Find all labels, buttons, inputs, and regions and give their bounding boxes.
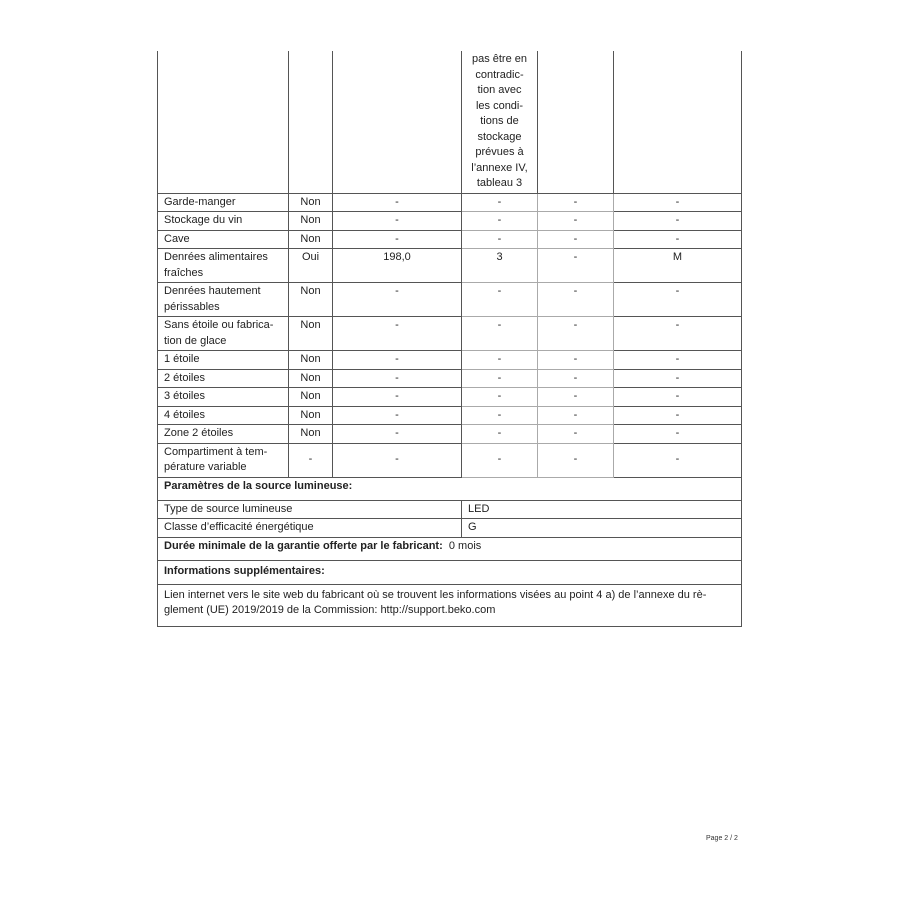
light-source-label: Classe d’efficacité énergétique	[158, 519, 462, 538]
compartment-row: Denrées hautement périssablesNon----	[158, 283, 742, 317]
compartment-temperature: -	[462, 193, 538, 212]
compartment-row: Zone 2 étoilesNon----	[158, 425, 742, 444]
compartment-class: -	[614, 443, 742, 477]
compartment-volume: -	[333, 317, 462, 351]
compartment-present: Oui	[289, 249, 333, 283]
compartment-row: Compartiment à tem-pérature variable----…	[158, 443, 742, 477]
light-source-label: Type de source lumineuse	[158, 500, 462, 519]
compartment-volume: -	[333, 193, 462, 212]
compartment-row: 3 étoilesNon----	[158, 388, 742, 407]
compartment-class: -	[614, 212, 742, 231]
light-source-section-row: Paramètres de la source lumineuse:	[158, 477, 742, 500]
compartment-volume: -	[333, 425, 462, 444]
compartment-type: Stockage du vin	[158, 212, 289, 231]
compartment-temperature: 3	[462, 249, 538, 283]
compartment-row: CaveNon----	[158, 230, 742, 249]
compartment-present: Non	[289, 369, 333, 388]
compartment-present: Non	[289, 351, 333, 370]
compartment-type: Sans étoile ou fabrica-tion de glace	[158, 317, 289, 351]
compartment-present: Non	[289, 193, 333, 212]
continuation-line: tions de	[468, 114, 531, 130]
compartment-row: Denrées alimentaires fraîchesOui198,03-M	[158, 249, 742, 283]
compartment-type: Denrées hautement périssables	[158, 283, 289, 317]
compartment-defrost: -	[538, 369, 614, 388]
compartment-row: Sans étoile ou fabrica-tion de glaceNon-…	[158, 317, 742, 351]
light-source-value: LED	[462, 500, 742, 519]
compartment-defrost: -	[538, 425, 614, 444]
compartment-temperature: -	[462, 425, 538, 444]
light-source-row: Classe d’efficacité énergétiqueG	[158, 519, 742, 538]
warranty-cell: Durée minimale de la garantie offerte pa…	[158, 537, 742, 560]
compartment-volume: 198,0	[333, 249, 462, 283]
document-page: pas être encontradic-tion avecles condi-…	[0, 0, 900, 900]
compartment-type: Denrées alimentaires fraîches	[158, 249, 289, 283]
compartment-defrost: -	[538, 317, 614, 351]
compartment-temperature: -	[462, 406, 538, 425]
compartment-class: -	[614, 317, 742, 351]
compartment-present: Non	[289, 388, 333, 407]
compartment-volume: -	[333, 351, 462, 370]
compartment-type: Cave	[158, 230, 289, 249]
compartment-class: -	[614, 388, 742, 407]
compartment-class: -	[614, 283, 742, 317]
compartment-type: 3 étoiles	[158, 388, 289, 407]
warranty-label: Durée minimale de la garantie offerte pa…	[164, 540, 443, 552]
compartment-class: -	[614, 369, 742, 388]
compartment-temperature: -	[462, 443, 538, 477]
compartment-present: Non	[289, 212, 333, 231]
compartment-present: Non	[289, 230, 333, 249]
warranty-value: 0 mois	[449, 540, 481, 552]
compartment-row: Garde-mangerNon----	[158, 193, 742, 212]
compartment-row: 4 étoilesNon----	[158, 406, 742, 425]
compartment-volume: -	[333, 443, 462, 477]
compartment-present: Non	[289, 406, 333, 425]
compartment-volume: -	[333, 230, 462, 249]
compartment-row: 1 étoileNon----	[158, 351, 742, 370]
compartment-defrost: -	[538, 388, 614, 407]
compartment-row: Stockage du vinNon----	[158, 212, 742, 231]
compartment-type: Garde-manger	[158, 193, 289, 212]
continuation-line: l’annexe IV,	[468, 161, 531, 177]
compartment-volume: -	[333, 369, 462, 388]
compartment-defrost: -	[538, 443, 614, 477]
additional-info-heading: Informations supplémentaires:	[158, 560, 742, 584]
compartment-defrost: -	[538, 351, 614, 370]
compartment-temperature: -	[462, 212, 538, 231]
compartment-type: 1 étoile	[158, 351, 289, 370]
warranty-row: Durée minimale de la garantie offerte pa…	[158, 537, 742, 560]
compartment-class: -	[614, 425, 742, 444]
compartment-volume: -	[333, 283, 462, 317]
compartment-type: 2 étoiles	[158, 369, 289, 388]
continuation-line: prévues à	[468, 145, 531, 161]
continuation-line: stockage	[468, 130, 531, 146]
compartment-volume: -	[333, 212, 462, 231]
light-source-value: G	[462, 519, 742, 538]
continuation-line: contradic-	[468, 68, 531, 84]
compartment-volume: -	[333, 388, 462, 407]
light-source-heading: Paramètres de la source lumineuse:	[158, 477, 742, 500]
compartment-row: 2 étoilesNon----	[158, 369, 742, 388]
compartment-type: Compartiment à tem-pérature variable	[158, 443, 289, 477]
compartment-class: M	[614, 249, 742, 283]
compartment-volume: -	[333, 406, 462, 425]
compartment-temperature: -	[462, 369, 538, 388]
compartment-type: Zone 2 étoiles	[158, 425, 289, 444]
compartment-temperature: -	[462, 283, 538, 317]
compartment-temperature: -	[462, 351, 538, 370]
compartment-present: -	[289, 443, 333, 477]
continuation-line: tion avec	[468, 83, 531, 99]
continuation-line: les condi-	[468, 99, 531, 115]
additional-info-section-row: Informations supplémentaires:	[158, 560, 742, 584]
compartment-present: Non	[289, 317, 333, 351]
compartment-defrost: -	[538, 230, 614, 249]
compartment-class: -	[614, 193, 742, 212]
compartment-class: -	[614, 406, 742, 425]
compartment-temperature: -	[462, 230, 538, 249]
manufacturer-link-text: Lien internet vers le site web du fabric…	[158, 584, 742, 626]
compartment-present: Non	[289, 283, 333, 317]
compartment-defrost: -	[538, 212, 614, 231]
continuation-row: pas être encontradic-tion avecles condi-…	[158, 51, 742, 193]
continuation-line: tableau 3	[468, 176, 531, 192]
continuation-note-cell: pas être encontradic-tion avecles condi-…	[462, 51, 538, 193]
light-source-row: Type de source lumineuseLED	[158, 500, 742, 519]
page-number: Page 2 / 2	[706, 835, 738, 842]
compartment-temperature: -	[462, 388, 538, 407]
compartment-spec-table: pas être encontradic-tion avecles condi-…	[157, 51, 742, 627]
compartment-defrost: -	[538, 249, 614, 283]
additional-info-row: Lien internet vers le site web du fabric…	[158, 584, 742, 626]
compartment-present: Non	[289, 425, 333, 444]
compartment-defrost: -	[538, 193, 614, 212]
compartment-type: 4 étoiles	[158, 406, 289, 425]
compartment-class: -	[614, 351, 742, 370]
continuation-line: pas être en	[468, 52, 531, 68]
compartment-class: -	[614, 230, 742, 249]
compartment-temperature: -	[462, 317, 538, 351]
compartment-defrost: -	[538, 406, 614, 425]
compartment-defrost: -	[538, 283, 614, 317]
